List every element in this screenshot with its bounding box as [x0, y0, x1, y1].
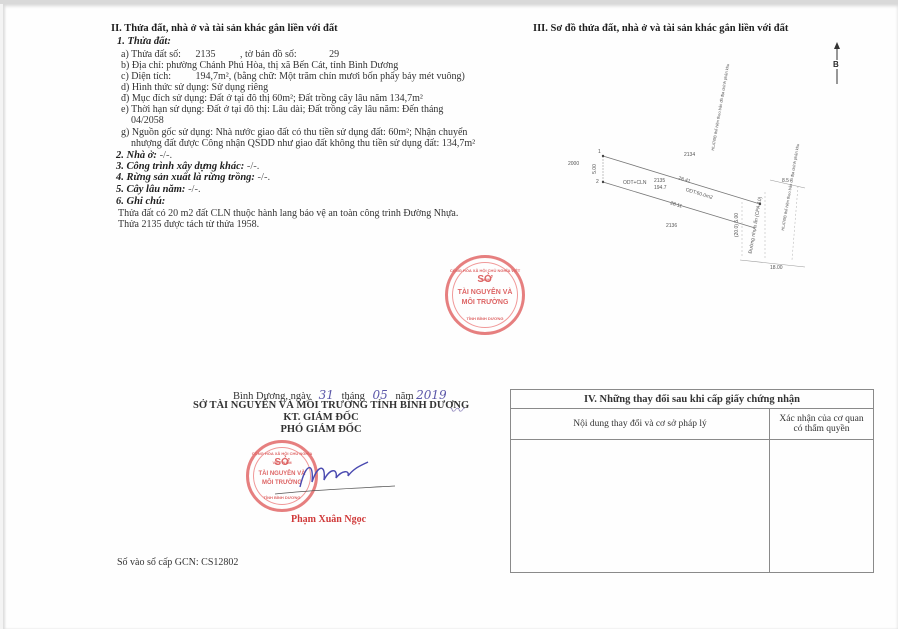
notes-heading: 6. Ghi chú: — [116, 196, 165, 207]
changes-content-cell — [511, 440, 770, 573]
issuing-org: SỞ TÀI NGUYÊN VÀ MÔI TRƯỜNG TỈNH BÌNH DƯ… — [193, 400, 469, 411]
section-3-title: III. Sơ đồ thửa đất, nhà ở và tài sản kh… — [533, 23, 788, 34]
seal-bottom-text: TỈNH BÌNH DƯƠNG — [448, 314, 522, 323]
other-works-heading: 3. Công trình xây dựng khác: — [116, 161, 244, 172]
map-sheet-label: , tờ bản đồ số: — [240, 49, 297, 60]
notes-line-1: Thửa đất có 20 m2 đất CLN thuộc hành lan… — [118, 208, 458, 219]
north-arrow-icon: B — [832, 42, 842, 84]
other-works-value: -/-. — [247, 161, 260, 172]
area-line: c) Diện tích: 194,7m², (bằng chữ: Một tr… — [121, 71, 465, 82]
notes-line-2: Thửa 2135 được tách từ thửa 1958. — [118, 219, 259, 230]
corner-2: 2 — [596, 179, 599, 185]
initials-mark: 〰 — [449, 400, 463, 420]
small-dimensions: (20.0) 5.00 — [734, 213, 740, 237]
seal-line-1: SỞ — [448, 275, 522, 284]
changes-table: IV. Những thay đổi sau khi cấp giấy chứn… — [510, 389, 874, 573]
origin-line-2: nhượng đất được Công nhận QSDD như giao … — [131, 138, 475, 149]
seal-line-3: MÔI TRƯỜNG — [448, 298, 522, 307]
forest-value: -/-. — [258, 172, 271, 183]
map-sheet-number: 29 — [329, 49, 339, 60]
confirmation-column-header: Xác nhận của cơ quan có thẩm quyền — [770, 409, 874, 440]
section-2-title: II. Thửa đất, nhà ở và tài sản khác gắn … — [111, 23, 338, 34]
house-heading: 2. Nhà ở: — [116, 150, 157, 161]
area-value: 194,7m², (bằng chữ: Một trăm chín mươi b… — [195, 71, 464, 82]
usage-term-line: e) Thời hạn sử dụng: Đất ở tại đô thị: L… — [121, 104, 443, 115]
usage-term-line-2: 04/2058 — [131, 115, 164, 126]
section-4-title: IV. Những thay đổi sau khi cấp giấy chứn… — [511, 390, 874, 409]
registry-number: Số vào sổ cấp GCN: CS12802 — [117, 557, 238, 568]
handwritten-signature — [270, 452, 400, 502]
area-label: c) Diện tích: — [121, 71, 171, 82]
seal-line-2: TÀI NGUYÊN VÀ — [448, 288, 522, 297]
confirmation-content-cell — [770, 440, 874, 573]
corner-1: 1 — [598, 149, 601, 155]
road-bottom-length: 18.00 — [770, 265, 783, 271]
origin-line: g) Nguồn gốc sử dụng: Nhà nước giao đất … — [121, 127, 467, 138]
parcel-area-label: 194.7 — [654, 185, 667, 191]
parcel-number-line: a) Thửa đất số: 2135 , tờ bản đồ số: 29 — [121, 49, 339, 60]
house-line: 2. Nhà ở: -/-. — [116, 150, 172, 161]
parcel-diagram: 2000 2134 2136 2135 194.7 ODT+CLN ODT:60… — [560, 130, 850, 280]
other-works-line: 3. Công trình xây dựng khác: -/-. — [116, 161, 259, 172]
signer-name: Phạm Xuân Ngọc — [291, 514, 366, 525]
parcel-number-label: a) Thửa đất số: — [121, 49, 181, 60]
confirmation-header-line-2: có thẩm quyền — [774, 424, 869, 434]
parcel-diagram-svg — [560, 130, 850, 280]
north-label: B — [833, 60, 839, 69]
house-value: -/-. — [160, 150, 173, 161]
perennial-value: -/-. — [188, 184, 201, 195]
parcel-number: 2135 — [195, 49, 215, 60]
official-seal-upper: CỘNG HÒA XÃ HỘI CHỦ NGHĨA VIỆT NAM SỞ TÀ… — [445, 255, 525, 335]
use-left-label: ODT+CLN — [623, 180, 646, 186]
edge-left-length: 5.00 — [592, 164, 598, 174]
neighbor-parcel-bottom: 2136 — [666, 223, 677, 229]
confirmation-header-line-1: Xác nhận của cơ quan — [774, 414, 869, 424]
land-heading: 1. Thửa đất: — [117, 36, 171, 47]
perennial-heading: 5. Cây lâu năm: — [116, 184, 185, 195]
neighbor-parcel-top: 2134 — [684, 152, 695, 158]
forest-line: 4. Rừng sản xuất là rừng trồng: -/-. — [116, 172, 270, 183]
parcel-id-label: 2135 — [654, 178, 665, 184]
usage-form-line: d) Hình thức sử dụng: Sử dụng riêng — [121, 82, 268, 93]
address-line: b) Địa chỉ: phường Chánh Phú Hòa, thị xã… — [121, 60, 398, 71]
role-line-1: KT. GIÁM ĐỐC — [193, 412, 449, 423]
usage-purpose-line: đ) Mục đích sử dụng: Đất ở tại đô thị 60… — [121, 93, 423, 104]
forest-heading: 4. Rừng sản xuất là rừng trồng: — [116, 172, 255, 183]
neighbor-parcel-left: 2000 — [568, 161, 579, 167]
perennial-line: 5. Cây lâu năm: -/-. — [116, 184, 201, 195]
role-line-2: PHÓ GIÁM ĐỐC — [193, 424, 449, 435]
changes-column-header: Nội dung thay đổi và cơ sở pháp lý — [511, 409, 770, 440]
